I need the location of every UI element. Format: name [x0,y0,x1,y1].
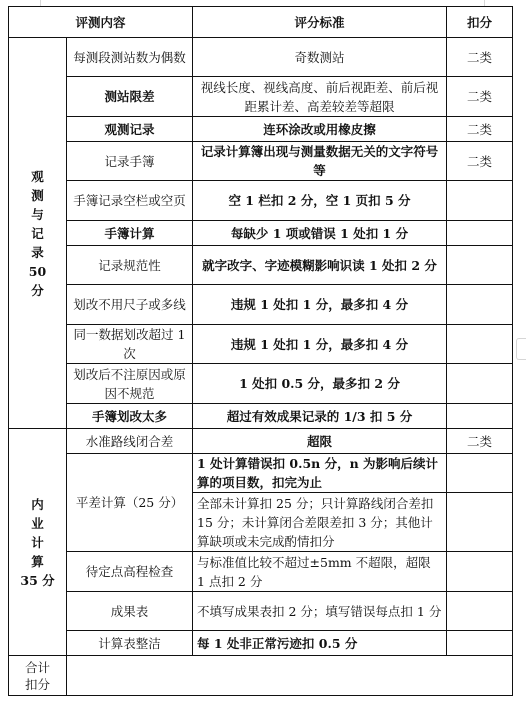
header-deduct: 扣分 [447,7,513,38]
item-cell: 每测段测站数为偶数 [67,38,193,77]
table-row: 观测记录 连环涂改或用橡皮擦 二类 [9,117,513,142]
item-cell: 记录规范性 [67,246,193,285]
item-cell: 观测记录 [67,117,193,142]
criteria-cell: 违规 1 处扣 1 分，最多扣 4 分 [193,285,447,325]
criteria-cell: 不填写成果表扣 2 分；填写错误每点扣 1 分 [193,592,447,631]
item-cell: 手簿记录空栏或空页 [67,181,193,221]
item-cell: 记录手簿 [67,142,193,181]
deduct-cell [447,364,513,404]
table-row: 测站限差 视线长度、视线高度、前后视距差、前后视距累计差、高差较差等超限 二类 [9,77,513,117]
criteria-cell: 记录计算簿出现与测量数据无关的文字符号等 [193,142,447,181]
total-value [67,656,513,696]
criteria-cell: 奇数测站 [193,38,447,77]
criteria-cell: 超过有效成果记录的 1/3 扣 5 分 [193,404,447,429]
criteria-cell: 超限 [193,429,447,454]
criteria-cell: 连环涂改或用橡皮擦 [193,117,447,142]
category-office-calculation: 内 业 计 算 35 分 [9,429,67,656]
total-row: 合计 扣分 [9,656,513,696]
table-row: 计算表整洁 每 1 处非正常污迹扣 0.5 分 [9,631,513,656]
header-content: 评测内容 [9,7,193,38]
deduct-cell [447,221,513,246]
deduct-cell [447,285,513,325]
criteria-cell: 全部未计算扣 25 分；只计算路线闭合差扣 15 分；未计算闭合差限差扣 3 分… [193,493,447,552]
criteria-cell: 违规 1 处扣 1 分，最多扣 4 分 [193,325,447,364]
deduct-cell [447,631,513,656]
deduct-cell: 二类 [447,142,513,181]
item-cell: 平差计算（25 分） [67,454,193,552]
item-cell: 划改后不注原因或原因不规范 [67,364,193,404]
criteria-cell: 就字改字、字迹模糊影响识读 1 处扣 2 分 [193,246,447,285]
item-cell: 划改不用尺子或多线 [67,285,193,325]
table-row: 观 测 与 记 录 50 分 每测段测站数为偶数 奇数测站 二类 [9,38,513,77]
table-row: 手簿计算 每缺少 1 项或错误 1 处扣 1 分 [9,221,513,246]
header-criteria: 评分标准 [193,7,447,38]
deduct-cell [447,246,513,285]
deduct-cell [447,454,513,493]
total-label: 合计 扣分 [9,656,67,696]
table-row: 成果表 不填写成果表扣 2 分；填写错误每点扣 1 分 [9,592,513,631]
deduct-cell [447,325,513,364]
deduct-cell: 二类 [447,77,513,117]
item-cell: 水准路线闭合差 [67,429,193,454]
table-row: 内 业 计 算 35 分 水准路线闭合差 超限 二类 [9,429,513,454]
item-cell: 手簿计算 [67,221,193,246]
criteria-cell: 空 1 栏扣 2 分，空 1 页扣 5 分 [193,181,447,221]
scoring-table: 评测内容 评分标准 扣分 观 测 与 记 录 50 分 每测段测站数为偶数 奇数… [8,6,513,696]
deduct-cell: 二类 [447,117,513,142]
criteria-cell: 与标准值比较不超过±5mm 不超限，超限 1 点扣 2 分 [193,552,447,592]
item-cell: 成果表 [67,592,193,631]
category-observation-record: 观 测 与 记 录 50 分 [9,38,67,429]
table-row: 同一数据划改超过 1 次 违规 1 处扣 1 分，最多扣 4 分 [9,325,513,364]
table-row: 划改后不注原因或原因不规范 1 处扣 0.5 分，最多扣 2 分 [9,364,513,404]
criteria-cell: 每缺少 1 项或错误 1 处扣 1 分 [193,221,447,246]
table-row: 手簿划改太多 超过有效成果记录的 1/3 扣 5 分 [9,404,513,429]
criteria-cell: 1 处扣 0.5 分，最多扣 2 分 [193,364,447,404]
deduct-cell [447,404,513,429]
deduct-cell [447,552,513,592]
item-cell: 计算表整洁 [67,631,193,656]
scroll-marker [516,338,526,360]
criteria-cell: 视线长度、视线高度、前后视距差、前后视距累计差、高差较差等超限 [193,77,447,117]
deduct-cell [447,493,513,552]
table-row: 待定点高程检查 与标准值比较不超过±5mm 不超限，超限 1 点扣 2 分 [9,552,513,592]
criteria-cell: 1 处计算错误扣 0.5n 分，n 为影响后续计算的项目数，扣完为止 [193,454,447,493]
item-cell: 手簿划改太多 [67,404,193,429]
item-cell: 待定点高程检查 [67,552,193,592]
deduct-cell: 二类 [447,38,513,77]
criteria-cell: 每 1 处非正常污迹扣 0.5 分 [193,631,447,656]
header-row: 评测内容 评分标准 扣分 [9,7,513,38]
table-row: 划改不用尺子或多线 违规 1 处扣 1 分，最多扣 4 分 [9,285,513,325]
table-row: 记录手簿 记录计算簿出现与测量数据无关的文字符号等 二类 [9,142,513,181]
table-row: 平差计算（25 分） 1 处计算错误扣 0.5n 分，n 为影响后续计算的项目数… [9,454,513,493]
deduct-cell: 二类 [447,429,513,454]
item-cell: 测站限差 [67,77,193,117]
table-row: 手簿记录空栏或空页 空 1 栏扣 2 分，空 1 页扣 5 分 [9,181,513,221]
deduct-cell [447,181,513,221]
deduct-cell [447,592,513,631]
item-cell: 同一数据划改超过 1 次 [67,325,193,364]
table-row: 记录规范性 就字改字、字迹模糊影响识读 1 处扣 2 分 [9,246,513,285]
